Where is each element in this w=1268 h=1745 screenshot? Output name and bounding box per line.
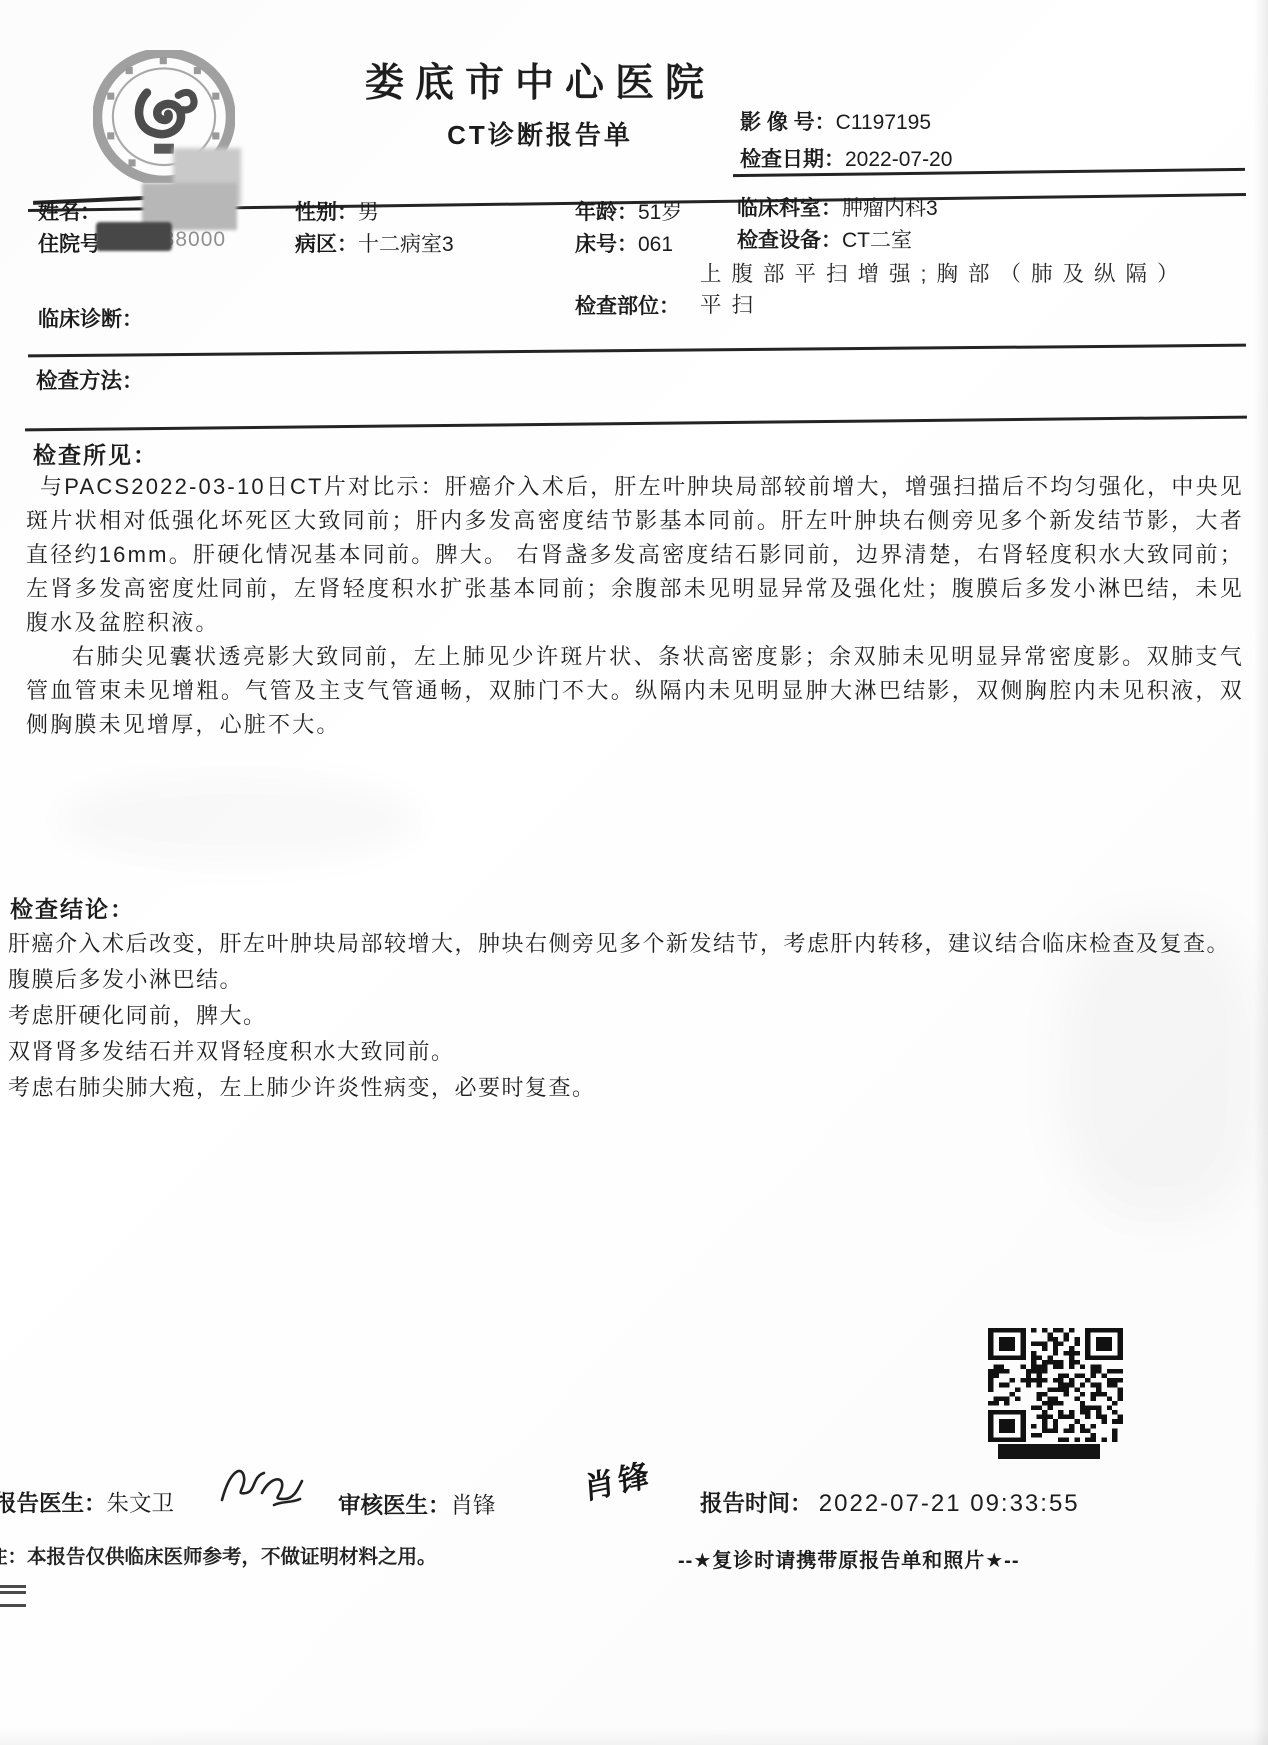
report-time-value: 2022-07-21 09:33:55 [819, 1490, 1080, 1517]
ward-value: 十二病室3 [358, 233, 454, 256]
department-value: 肿瘤内科3 [842, 197, 938, 220]
findings-heading: 检查所见： [33, 437, 158, 470]
ct-report-page: 娄底市中心医院 CT诊断报告单 影 像 号：C1197195 检查日期：2022… [0, 0, 1268, 1745]
hospital-name: 娄底市中心医院 [330, 52, 750, 108]
bed-value: 061 [638, 233, 673, 256]
gender-label: 性别： [295, 201, 358, 224]
ward-label: 病区： [295, 233, 358, 256]
age-field: 年龄：51岁 [575, 196, 682, 226]
gender-field: 性别：男 [295, 196, 379, 226]
image-no-value: C1197195 [836, 111, 931, 134]
department-label: 临床科室： [737, 197, 842, 220]
device-value: CT二室 [842, 229, 912, 252]
exam-date-field: 检查日期：2022-07-20 [740, 143, 952, 173]
report-doctor-label: 报告医生： [0, 1491, 107, 1516]
conclusion-heading: 检查结论： [10, 891, 135, 924]
gender-value: 男 [358, 201, 379, 224]
qr-caption-bar [998, 1444, 1100, 1459]
review-doctor-label: 审核医生： [338, 1493, 451, 1518]
image-no-label: 影 像 号： [740, 111, 836, 134]
report-time-label: 报告时间： [700, 1491, 813, 1516]
report-title: CT诊断报告单 [395, 115, 685, 152]
scan-edge-shadow [1254, 0, 1268, 1745]
exam-date-label: 检查日期： [740, 148, 845, 171]
review-doctor-field: 审核医生：肖锋 [338, 1488, 496, 1520]
conclusion-line: 肝癌介入术后改变，肝左叶肿块局部较增大，肿块右侧旁见多个新发结节，考虑肝内转移，… [8, 926, 1240, 962]
age-value: 51岁 [638, 201, 682, 224]
qr-code [988, 1328, 1123, 1442]
exam-date-value: 2022-07-20 [845, 148, 952, 171]
exam-method-label: 检查方法： [36, 364, 144, 395]
age-label: 年龄： [575, 201, 638, 224]
conclusion-line: 腹膜后多发小淋巴结。 [8, 962, 1240, 998]
report-time-field: 报告时间： 2022-07-21 09:33:55 [700, 1486, 1080, 1518]
findings-text: 与PACS2022-03-10日CT片对比示：肝癌介入术后，肝左叶肿块局部较前增… [26, 470, 1244, 742]
doctor-signature-2: 肖锋 [582, 1449, 654, 1509]
review-doctor-name: 肖锋 [451, 1493, 496, 1518]
device-label: 检查设备： [737, 229, 842, 252]
section-rule-1 [28, 344, 1246, 358]
revisit-note: --★复诊时请携带原报告单和照片★-- [678, 1544, 1020, 1573]
disclaimer-note: 注：本报告仅供临床医师参考，不做证明材料之用。 [0, 1541, 437, 1569]
hospital-no-label: 住院号 [38, 228, 101, 258]
ward-field: 病区：十二病室3 [295, 228, 454, 258]
conclusion-line: 双肾肾多发结石并双肾轻度积水大致同前。 [8, 1034, 1240, 1070]
exam-part-label: 检查部位： [575, 290, 680, 320]
scan-edge-shadow [0, 1727, 1268, 1745]
department-field: 临床科室：肿瘤内科3 [737, 192, 938, 222]
image-no-field: 影 像 号：C1197195 [740, 106, 931, 136]
section-rule-2 [25, 416, 1247, 432]
exam-part-value: 上腹部平扫增强;胸部（肺及纵隔）平扫 [700, 259, 1200, 321]
name-label: 姓名： [38, 196, 101, 226]
scan-ghost-smudge [60, 775, 420, 865]
device-field: 检查设备：CT二室 [737, 224, 912, 254]
conclusion-text: 肝癌介入术后改变，肝左叶肿块局部较增大，肿块右侧旁见多个新发结节，考虑肝内转移，… [8, 926, 1240, 1106]
bed-label: 床号： [575, 233, 638, 256]
conclusion-line: 考虑右肺尖肺大疱，左上肺少许炎性病变，必要时复查。 [8, 1070, 1240, 1106]
doctor-signature-1 [212, 1455, 312, 1517]
findings-paragraph-1: 与PACS2022-03-10日CT片对比示：肝癌介入术后，肝左叶肿块局部较前增… [26, 470, 1244, 640]
report-doctor-name: 朱文卫 [107, 1491, 175, 1516]
bed-field: 床号：061 [575, 228, 673, 258]
hospital-no-redaction [96, 222, 172, 251]
conclusion-line: 考虑肝硬化同前，脾大。 [8, 998, 1240, 1034]
clinical-diagnosis-label: 临床诊断： [38, 303, 143, 333]
report-doctor-field: 报告医生：朱文卫 [0, 1486, 174, 1518]
findings-paragraph-2: 右肺尖见囊状透亮影大致同前，左上肺见少许斑片状、条状高密度影；余双肺未见明显异常… [26, 640, 1244, 742]
scan-artifact [0, 1585, 26, 1607]
